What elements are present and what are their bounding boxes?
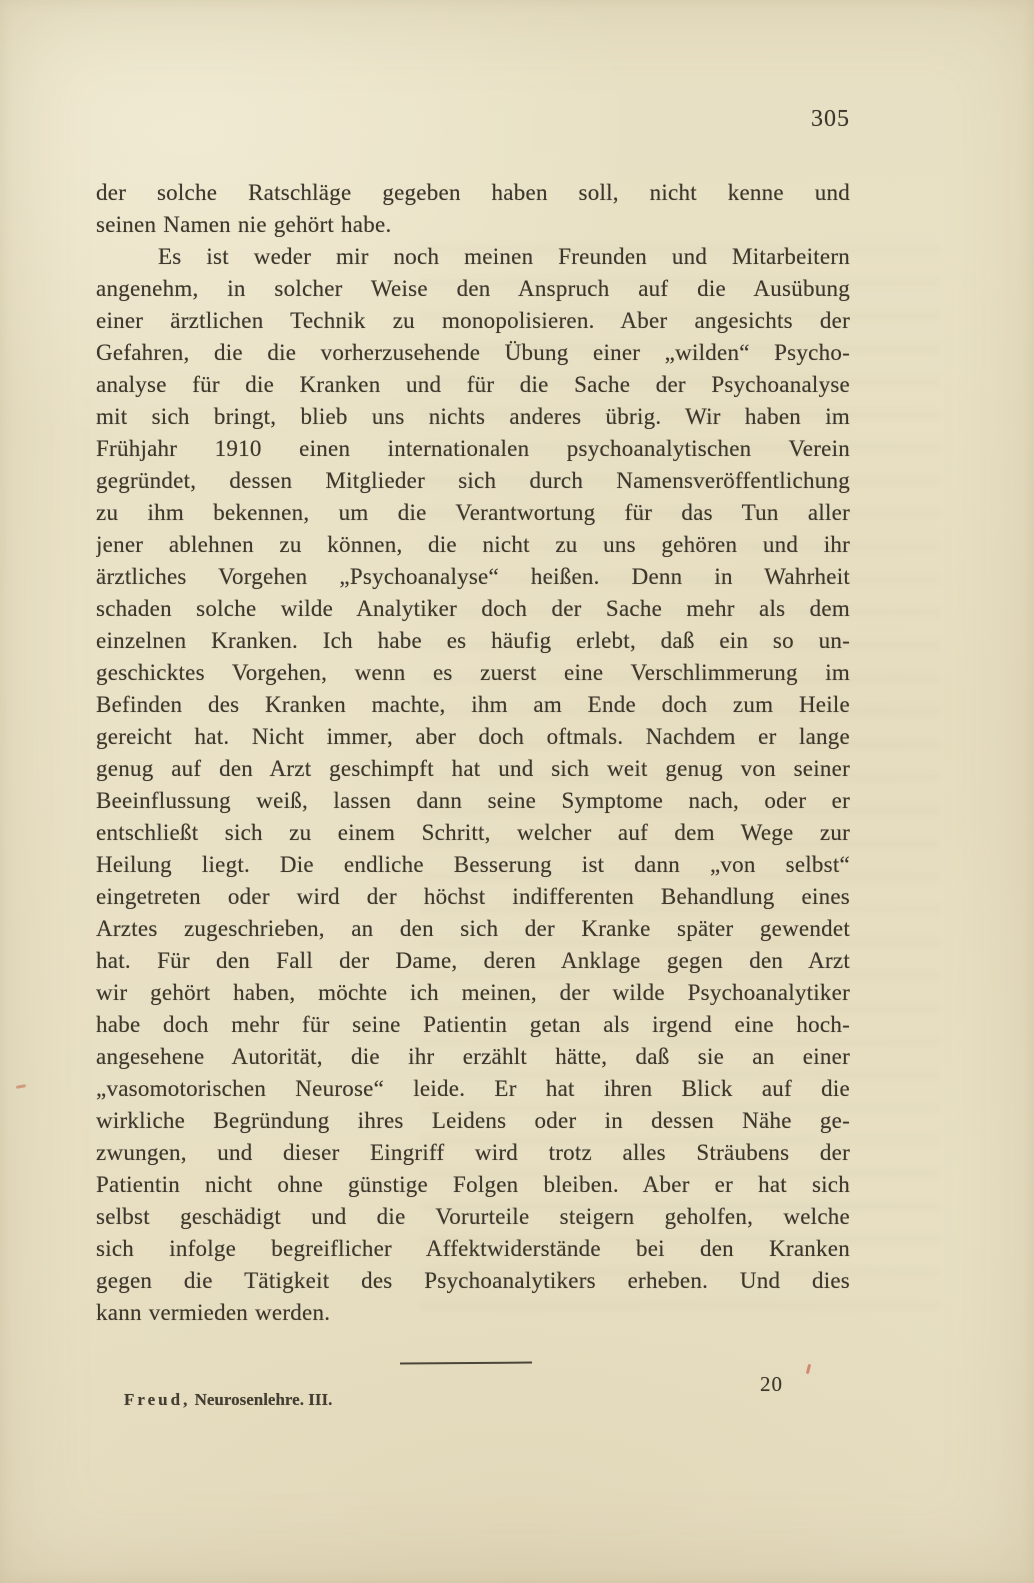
text-line: Frühjahr 1910 einen internationalen psyc… bbox=[96, 433, 850, 465]
text-line: gegen die Tätigkeit des Psychoanalytiker… bbox=[96, 1265, 850, 1297]
text-line: zwungen, und dieser Eingriff wird trotz … bbox=[96, 1137, 850, 1169]
text-line: schaden solche wilde Analytiker doch der… bbox=[96, 593, 850, 625]
section-divider-rule bbox=[400, 1362, 532, 1365]
book-page: 305 der solche Ratschläge gegeben haben … bbox=[0, 0, 1034, 1583]
text-line: ärztliches Vorgehen „Psychoanalyse“ heiß… bbox=[96, 561, 850, 593]
text-line: hat. Für den Fall der Dame, deren Anklag… bbox=[96, 945, 850, 977]
text-line: eingetreten oder wird der höchst indiffe… bbox=[96, 881, 850, 913]
page-number: 305 bbox=[96, 106, 850, 133]
text-line: entschließt sich zu einem Schritt, welch… bbox=[96, 817, 850, 849]
text-line: jener ablehnen zu können, die nicht zu u… bbox=[96, 529, 850, 561]
text-line: „vasomotorischen Neurose“ leide. Er hat … bbox=[96, 1073, 850, 1105]
text-line: Arztes zugeschrieben, an den sich der Kr… bbox=[96, 913, 850, 945]
red-scan-artifact-left-margin bbox=[16, 1084, 26, 1089]
text-line: Gefahren, die die vorherzusehende Übung … bbox=[96, 337, 850, 369]
text-line: analyse für die Kranken und für die Sach… bbox=[96, 369, 850, 401]
red-scan-artifact-bottom bbox=[806, 1364, 811, 1374]
text-line: geschicktes Vorgehen, wenn es zuerst ein… bbox=[96, 657, 850, 689]
text-line: Patientin nicht ohne günstige Folgen ble… bbox=[96, 1169, 850, 1201]
text-line: kann vermieden werden. bbox=[96, 1297, 850, 1329]
text-line: mit sich bringt, blieb uns nichts andere… bbox=[96, 401, 850, 433]
text-line: gegründet, dessen Mitglieder sich durch … bbox=[96, 465, 850, 497]
text-line: wirkliche Begründung ihres Leidens oder … bbox=[96, 1105, 850, 1137]
text-line: Befinden des Kranken machte, ihm am Ende… bbox=[96, 689, 850, 721]
text-line: sich infolge begreiflicher Affektwiderst… bbox=[96, 1233, 850, 1265]
text-line: seinen Namen nie gehört habe. bbox=[96, 209, 850, 241]
text-line: einer ärztlichen Technik zu monopolisier… bbox=[96, 305, 850, 337]
text-line: gereicht hat. Nicht immer, aber doch oft… bbox=[96, 721, 850, 753]
text-line: Heilung liegt. Die endliche Besserung is… bbox=[96, 849, 850, 881]
text-line: einzelnen Kranken. Ich habe es häufig er… bbox=[96, 625, 850, 657]
footer-imprint-work: Neurosenlehre. III. bbox=[190, 1390, 332, 1409]
text-line: Es ist weder mir noch meinen Freunden un… bbox=[96, 241, 850, 273]
text-line: genug auf den Arzt geschimpft hat und si… bbox=[96, 753, 850, 785]
text-line: angesehene Autorität, die ihr erzählt hä… bbox=[96, 1041, 850, 1073]
text-line: Beeinflussung weiß, lassen dann seine Sy… bbox=[96, 785, 850, 817]
footer-imprint-author: Freud, bbox=[124, 1390, 190, 1409]
text-line: habe doch mehr für seine Patientin getan… bbox=[96, 1009, 850, 1041]
text-line: selbst geschädigt und die Vorurteile ste… bbox=[96, 1201, 850, 1233]
text-line: wir gehört haben, möchte ich meinen, der… bbox=[96, 977, 850, 1009]
text-block: der solche Ratschläge gegeben haben soll… bbox=[96, 177, 850, 1329]
text-line: der solche Ratschläge gegeben haben soll… bbox=[96, 177, 850, 209]
text-line: zu ihm bekennen, um die Verantwortung fü… bbox=[96, 497, 850, 529]
text-line: angenehm, in solcher Weise den Anspruch … bbox=[96, 273, 850, 305]
footer-imprint: Freud, Neurosenlehre. III. bbox=[124, 1390, 332, 1410]
footer-sheet-signature: 20 bbox=[760, 1372, 783, 1397]
